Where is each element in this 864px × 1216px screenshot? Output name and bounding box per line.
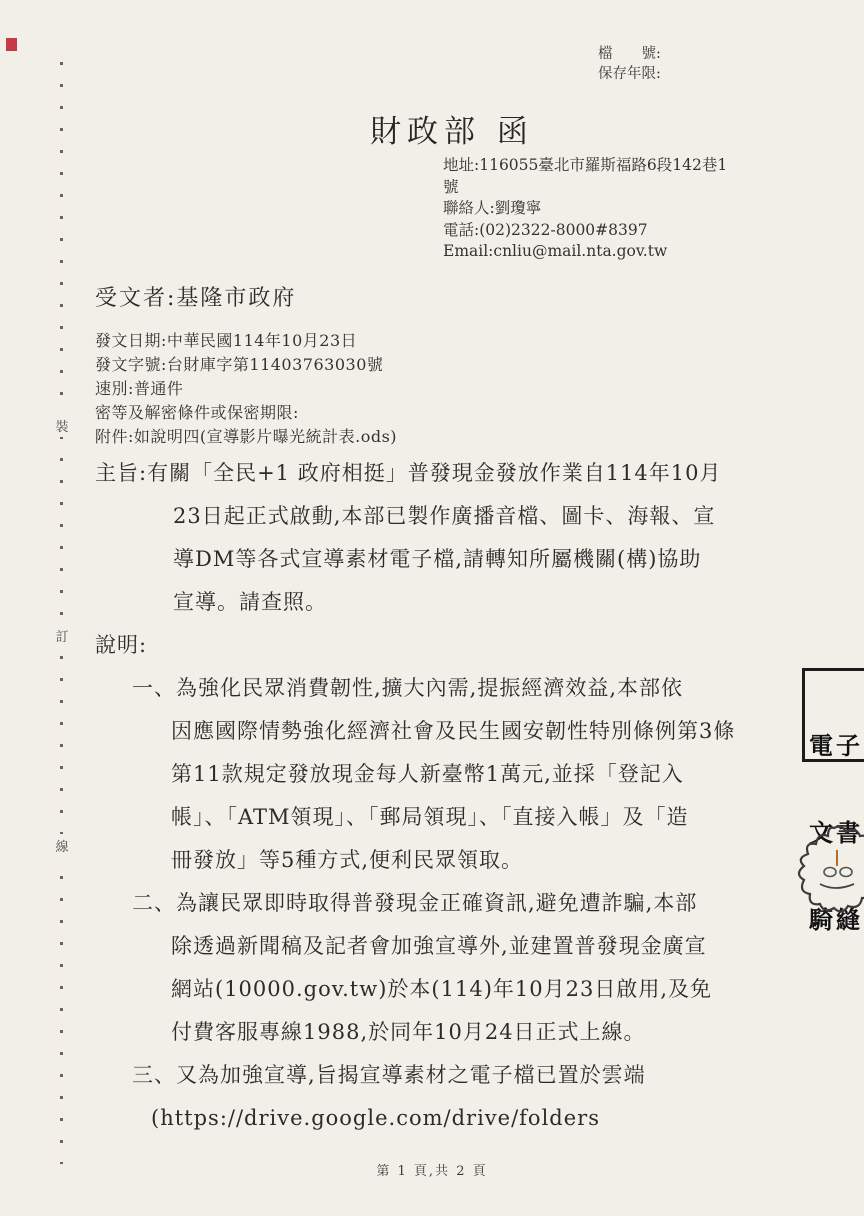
subject-line-4: 宣導。請查照。 (0, 581, 864, 624)
seam-seal-icon (790, 822, 864, 914)
priority: 速別:普通件 (95, 377, 397, 401)
contact-email: Email:cnliu@mail.nta.gov.tw (443, 241, 727, 263)
scanned-official-letter-page: 裝 訂 線 檔 號: 保存年限: 財政部 函 地址:116055臺北市羅斯福路6… (0, 0, 864, 1216)
file-number-label: 檔 號: (598, 44, 661, 64)
agency-contact-block: 地址:116055臺北市羅斯福路6段142巷1 號 聯絡人:劉瓊寧 電話:(02… (443, 155, 727, 263)
subject-line-3: 導DM等各式宣導素材電子檔,請轉知所屬機關(構)協助 (0, 538, 864, 581)
scan-corner-mark (6, 38, 17, 51)
classification: 密等及解密條件或保密期限: (95, 401, 397, 425)
item2-line-3: 網站(10000.gov.tw)於本(114)年10月23日啟用,及免 (0, 968, 864, 1011)
contact-address-line1: 地址:116055臺北市羅斯福路6段142巷1 (443, 155, 727, 177)
seal-inner-mark (824, 868, 836, 877)
item1-line-3: 第11款規定發放現金每人新臺幣1萬元,並採「登記入 (0, 753, 864, 796)
item3-line-1: 三、又為加強宣導,旨揭宣導素材之電子檔已置於雲端 (0, 1054, 864, 1097)
item1-line-2: 因應國際情勢強化經濟社會及民生國安韌性特別條例第3條 (0, 710, 864, 753)
seal-lower-curve (820, 884, 854, 888)
document-title: 財政部 函 (0, 106, 864, 151)
recipient-line: 受文者:基隆市政府 (95, 281, 296, 312)
page-number-footer: 第 1 頁,共 2 頁 (0, 1160, 864, 1179)
contact-person: 聯絡人:劉瓊寧 (443, 198, 727, 220)
letter-body: 主旨:有關「全民+1 政府相挺」普發現金發放作業自114年10月 23日起正式啟… (0, 452, 864, 1140)
subject-line-2: 23日起正式啟動,本部已製作廣播音檔、圖卡、海報、宣 (0, 495, 864, 538)
item3-url-line: (https://drive.google.com/drive/folders (0, 1097, 864, 1140)
contact-address-line2: 號 (443, 177, 727, 199)
item2-line-1: 二、為讓民眾即時取得普發現金正確資訊,避免遭詐騙,本部 (0, 882, 864, 925)
reference-number: 發文字號:台財庫字第11403763030號 (95, 353, 397, 377)
item2-line-4: 付費客服專線1988,於同年10月24日正式上線。 (0, 1011, 864, 1054)
retention-period-label: 保存年限: (598, 64, 661, 84)
item1-line-4: 帳」、「ATM領現」、「郵局領現」、「直接入帳」及「造 (0, 796, 864, 839)
electronic-exchange-stamp: 電子 文書 騎縫 (802, 668, 864, 762)
item1-line-5: 冊發放」等5種方式,便利民眾領取。 (0, 839, 864, 882)
contact-phone: 電話:(02)2322-8000#8397 (443, 220, 727, 242)
subject-line-1: 主旨:有關「全民+1 政府相挺」普發現金發放作業自114年10月 (0, 452, 864, 495)
issue-date: 發文日期:中華民國114年10月23日 (95, 329, 397, 353)
explanation-header: 說明: (0, 624, 864, 667)
stamp-row-1: 電子 (809, 731, 864, 760)
document-meta-block: 發文日期:中華民國114年10月23日 發文字號:台財庫字第1140376303… (95, 329, 397, 449)
binding-mark-zhuang: 裝 (54, 414, 70, 437)
attachment: 附件:如說明四(宣導影片曝光統計表.ods) (95, 425, 397, 449)
item1-line-1: 一、為強化民眾消費韌性,擴大內需,提振經濟效益,本部依 (0, 667, 864, 710)
file-number-block: 檔 號: 保存年限: (598, 44, 661, 84)
seal-inner-mark-2 (840, 868, 852, 877)
seal-outline (799, 827, 864, 912)
item2-line-2: 除透過新聞稿及記者會加強宣導外,並建置普發現金廣宣 (0, 925, 864, 968)
